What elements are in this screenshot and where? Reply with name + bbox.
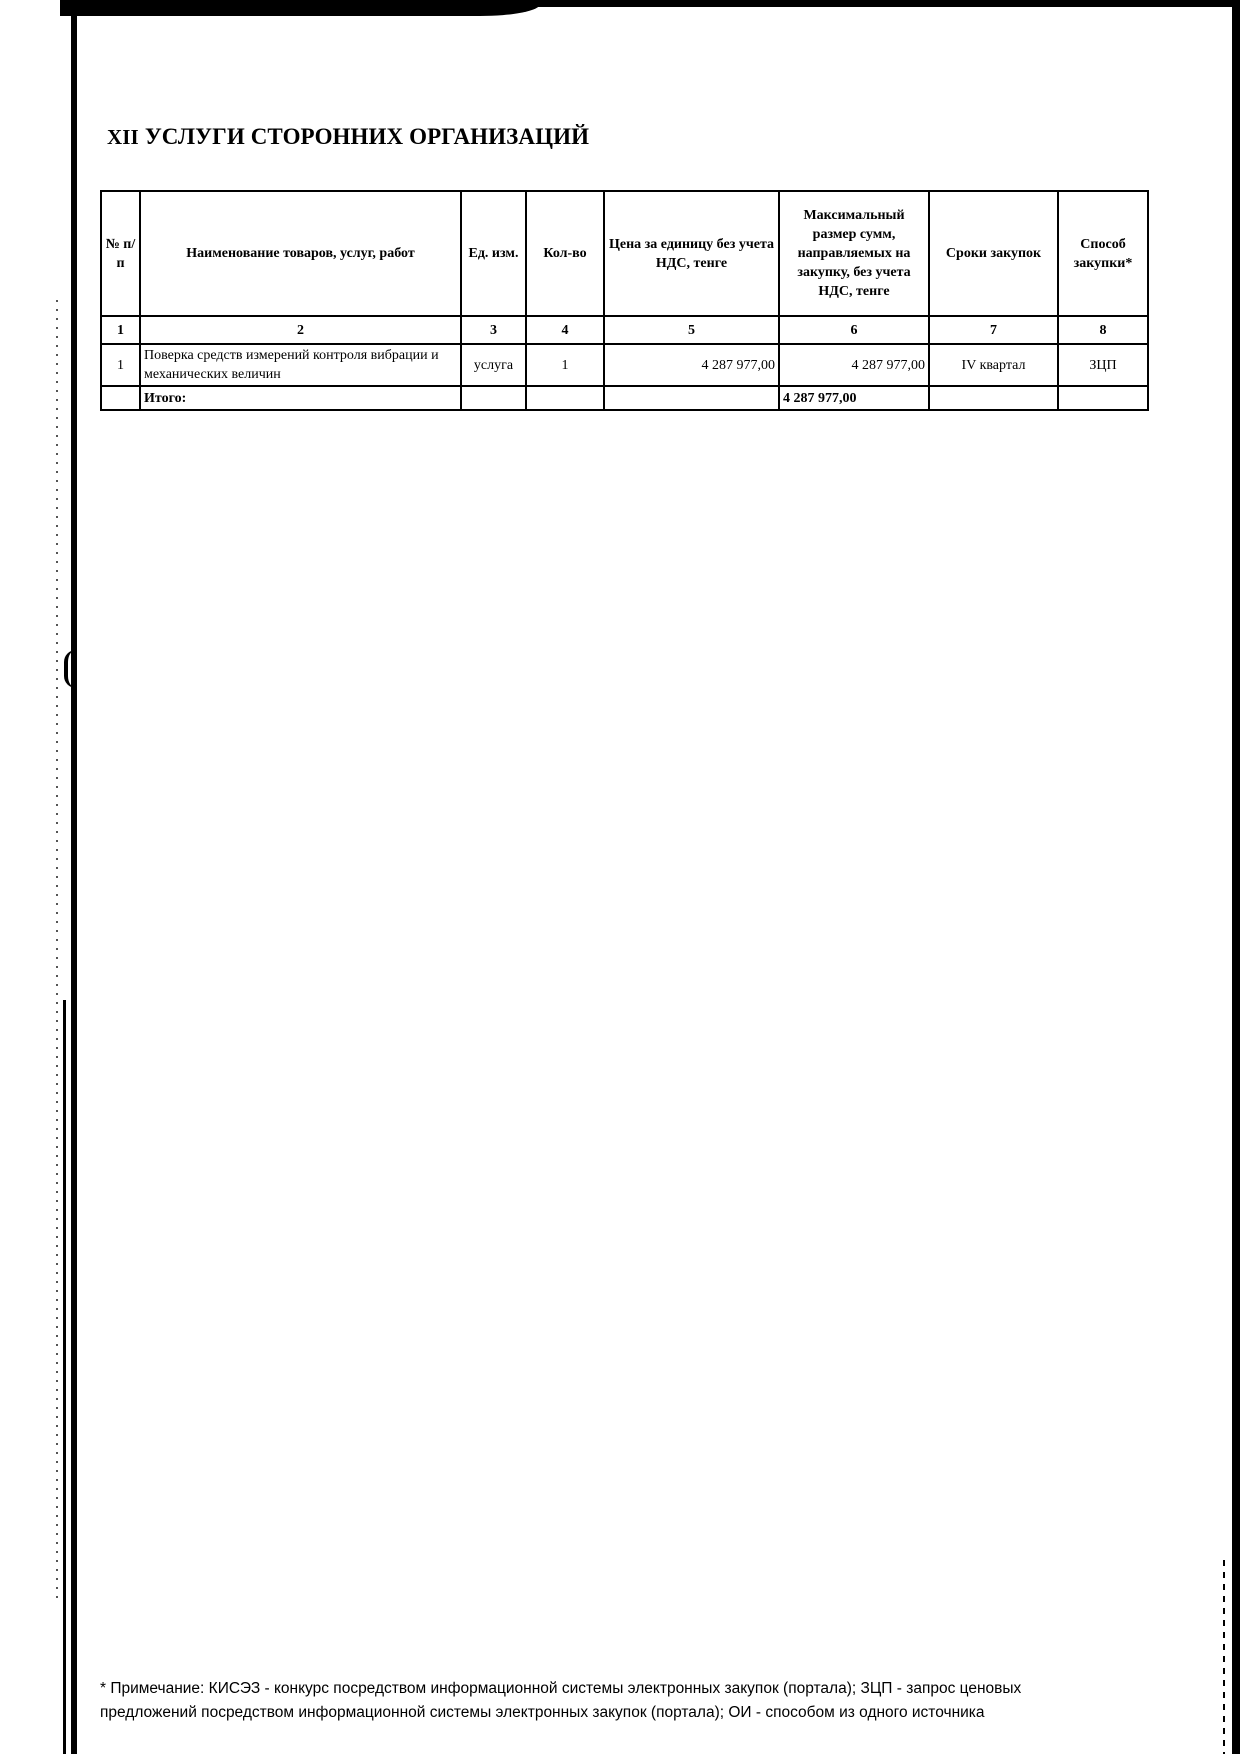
header-unit-price: Цена за единицу без учета НДС, тенге bbox=[604, 191, 779, 316]
row-max-amount: 4 287 977,00 bbox=[779, 344, 929, 386]
row-index: 1 bbox=[101, 344, 140, 386]
total-max-amount: 4 287 977,00 bbox=[779, 386, 929, 410]
total-row: Итого: 4 287 977,00 bbox=[101, 386, 1148, 410]
column-number: 1 bbox=[101, 316, 140, 344]
section-number: XII bbox=[107, 125, 139, 149]
header-method: Способ закупки* bbox=[1058, 191, 1148, 316]
table-row: 1 Поверка средств измерений контроля виб… bbox=[101, 344, 1148, 386]
row-unit: услуга bbox=[461, 344, 526, 386]
scan-border-left-lower bbox=[63, 1000, 66, 1754]
table-header-row: № п/п Наименование товаров, услуг, работ… bbox=[101, 191, 1148, 316]
total-empty-cell bbox=[1058, 386, 1148, 410]
footnote: * Примечание: КИСЭЗ - конкурс посредство… bbox=[100, 1677, 1100, 1725]
procurement-table: № п/п Наименование товаров, услуг, работ… bbox=[100, 190, 1149, 411]
total-empty-cell bbox=[604, 386, 779, 410]
column-number: 8 bbox=[1058, 316, 1148, 344]
total-empty-cell bbox=[929, 386, 1058, 410]
row-method: ЗЦП bbox=[1058, 344, 1148, 386]
column-number: 2 bbox=[140, 316, 461, 344]
scan-noise-left bbox=[56, 300, 58, 1600]
section-title: XIIУСЛУГИ СТОРОННИХ ОРГАНИЗАЦИЙ bbox=[107, 124, 589, 150]
scan-mark-bracket bbox=[64, 650, 76, 688]
header-max-amount: Максимальный размер сумм, направляемых н… bbox=[779, 191, 929, 316]
row-period: IV квартал bbox=[929, 344, 1058, 386]
column-number: 4 bbox=[526, 316, 604, 344]
scan-border-top-left bbox=[60, 0, 540, 16]
total-empty-cell bbox=[461, 386, 526, 410]
scan-border-right bbox=[1232, 0, 1240, 1754]
column-number-row: 1 2 3 4 5 6 7 8 bbox=[101, 316, 1148, 344]
total-empty-cell bbox=[101, 386, 140, 410]
header-period: Сроки закупок bbox=[929, 191, 1058, 316]
row-quantity: 1 bbox=[526, 344, 604, 386]
total-label: Итого: bbox=[140, 386, 461, 410]
scan-noise-right bbox=[1223, 1560, 1225, 1754]
section-title-text: УСЛУГИ СТОРОННИХ ОРГАНИЗАЦИЙ bbox=[145, 124, 589, 149]
header-name: Наименование товаров, услуг, работ bbox=[140, 191, 461, 316]
column-number: 7 bbox=[929, 316, 1058, 344]
row-unit-price: 4 287 977,00 bbox=[604, 344, 779, 386]
total-empty-cell bbox=[526, 386, 604, 410]
header-index: № п/п bbox=[101, 191, 140, 316]
header-quantity: Кол-во bbox=[526, 191, 604, 316]
column-number: 3 bbox=[461, 316, 526, 344]
scan-border-left bbox=[71, 14, 77, 1754]
header-unit: Ед. изм. bbox=[461, 191, 526, 316]
column-number: 6 bbox=[779, 316, 929, 344]
row-name: Поверка средств измерений контроля вибра… bbox=[140, 344, 461, 386]
column-number: 5 bbox=[604, 316, 779, 344]
